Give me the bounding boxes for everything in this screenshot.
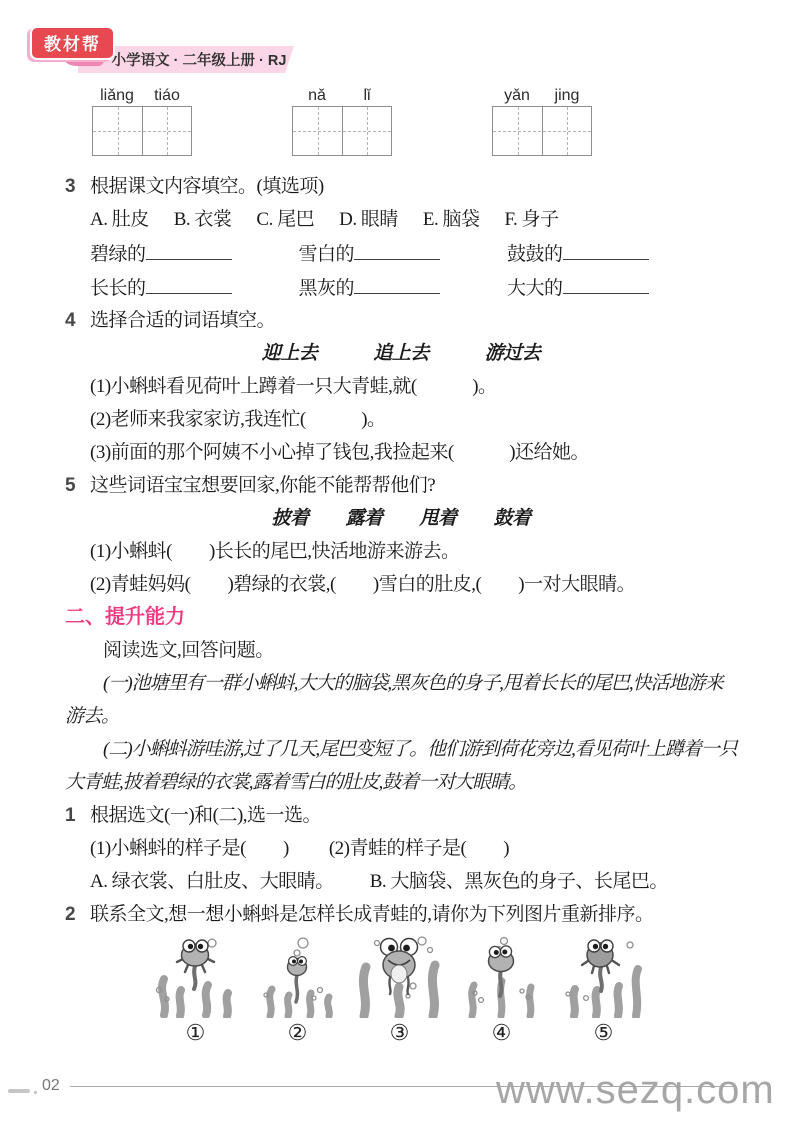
word-bank-item: 游过去: [485, 337, 541, 370]
blank-item: 长长的: [90, 270, 232, 304]
tadpole-with-legs-illustration: [148, 933, 243, 1018]
brand-badge-label: 教材帮: [44, 35, 101, 54]
figure-caption: ①: [148, 1020, 243, 1046]
figure-caption: ②: [250, 1020, 345, 1046]
pinyin-group-liangtiao: liǎng tiáo: [92, 85, 192, 156]
word-bank-item: 甩着: [420, 502, 457, 535]
answer-blank: [563, 236, 649, 260]
answer-blank: [146, 270, 232, 294]
page-content: liǎng tiáo nǎ lǐ yǎn jing: [65, 85, 737, 1046]
option-c: C. 尾巴: [256, 203, 314, 236]
question-4-item-3: (3)前面的那个阿姨不小心掉了钱包,我捡起来( )还给她。: [90, 436, 737, 469]
question-text: 根据课文内容填空。(填选项): [90, 170, 737, 203]
word-bank-item: 露着: [345, 502, 382, 535]
question-text: 联系全文,想一想小蝌蚪是怎样长成青蛙的,请你为下列图片重新排序。: [90, 898, 737, 931]
question-5-title: 5 这些词语宝宝想要回家,你能不能帮帮他们?: [65, 469, 737, 502]
word-bank-item: 披着: [271, 502, 308, 535]
pinyin-syllable: yǎn: [492, 85, 542, 106]
pinyin-group-yanjing: yǎn jing: [492, 85, 592, 156]
answer-blank: [146, 236, 232, 260]
pinyin-writing-exercise: liǎng tiáo nǎ lǐ yǎn jing: [65, 85, 737, 156]
writing-grid: [492, 106, 592, 156]
question-number: 4: [65, 304, 90, 337]
sub-question-1-title: 1 根据选文(一)和(二),选一选。: [65, 799, 737, 832]
question-text: 选择合适的词语填空。: [90, 304, 737, 337]
answer-blank: [354, 270, 440, 294]
question-4-word-bank: 迎上去 追上去 游过去: [65, 337, 737, 370]
sub-question-1-items: (1)小蝌蚪的样子是( ) (2)青蛙的样子是( ): [90, 832, 737, 865]
pinyin-syllable: nǎ: [292, 85, 342, 106]
writing-grid: [92, 106, 192, 156]
pinyin-labels: nǎ lǐ: [292, 85, 392, 106]
option-f: F. 身子: [504, 203, 558, 236]
option-b: B. 衣裳: [174, 203, 232, 236]
blank-item: 碧绿的: [90, 236, 232, 270]
young-tadpole-illustration: [250, 933, 345, 1018]
question-3-options: A. 肚皮 B. 衣裳 C. 尾巴 D. 眼睛 E. 脑袋 F. 身子: [90, 203, 737, 236]
reading-passage-1: (一)池塘里有一群小蝌蚪,大大的脑袋,黑灰色的身子,甩着长长的尾巴,快活地游来游…: [65, 667, 737, 733]
question-4-item-1: (1)小蝌蚪看见荷叶上蹲着一只大青蛙,就( )。: [90, 370, 737, 403]
page-number-dash: [8, 1089, 30, 1093]
question-3-title: 3 根据课文内容填空。(填选项): [65, 170, 737, 203]
question-text: 根据选文(一)和(二),选一选。: [90, 799, 737, 832]
pinyin-syllable: lǐ: [342, 85, 392, 106]
reading-instruction: 阅读选文,回答问题。: [65, 634, 737, 667]
froglet-with-tail-illustration: [556, 933, 651, 1018]
frog-growth-figure-strip: ① ②: [148, 933, 737, 1046]
figure-panel-5: ⑤: [556, 933, 651, 1046]
sub-question-2-title: 2 联系全文,想一想小蝌蚪是怎样长成青蛙的,请你为下列图片重新排序。: [65, 898, 737, 931]
pinyin-labels: liǎng tiáo: [92, 85, 192, 106]
page-number: 02: [42, 1077, 60, 1095]
word-bank-item: 迎上去: [262, 337, 318, 370]
pinyin-labels: yǎn jing: [492, 85, 592, 106]
figure-panel-2: ②: [250, 933, 345, 1046]
blank-item: 雪白的: [299, 236, 441, 270]
pinyin-syllable: jing: [542, 85, 592, 106]
option-e: E. 脑袋: [423, 203, 480, 236]
pinyin-syllable: liǎng: [92, 85, 142, 106]
word-bank-item: 鼓着: [494, 502, 531, 535]
watermark: www.sezq.com: [496, 1068, 775, 1113]
figure-caption: ③: [352, 1020, 447, 1046]
blank-item: 鼓鼓的: [507, 236, 649, 270]
option-a: A. 肚皮: [90, 203, 149, 236]
brand-badge: 教材帮: [30, 26, 115, 60]
blank-item: 大大的: [507, 270, 649, 304]
figure-panel-3: ③: [352, 933, 447, 1046]
workbook-page: 小学语文 · 二年级上册 · RJ 教材帮 liǎng tiáo nǎ lǐ: [0, 0, 800, 1131]
question-3-blanks-row1: 碧绿的 雪白的 鼓鼓的: [90, 236, 737, 270]
edition-banner-label: 小学语文 · 二年级上册 · RJ: [112, 49, 287, 70]
question-number: 3: [65, 170, 90, 203]
question-text: 这些词语宝宝想要回家,你能不能帮帮他们?: [90, 469, 737, 502]
answer-blank: [354, 236, 440, 260]
question-5-item-1: (1)小蝌蚪( )长长的尾巴,快活地游来游去。: [90, 535, 737, 568]
figure-panel-4: ④: [454, 933, 549, 1046]
growing-tadpole-illustration: [454, 933, 549, 1018]
choice-a: A. 绿衣裳、白肚皮、大眼睛。: [90, 865, 334, 898]
section-2-heading: 二、提升能力: [65, 601, 737, 634]
sq1-item-2: (2)青蛙的样子是( ): [329, 832, 509, 865]
choice-b: B. 大脑袋、黑灰色的身子、长尾巴。: [370, 865, 668, 898]
figure-caption: ④: [454, 1020, 549, 1046]
question-3-blanks-row2: 长长的 黑灰的 大大的: [90, 270, 737, 304]
page-number-dot: [34, 1091, 37, 1094]
writing-grid: [292, 106, 392, 156]
adult-frog-illustration: [352, 933, 447, 1018]
answer-blank: [563, 270, 649, 294]
pinyin-syllable: tiáo: [142, 85, 192, 106]
question-5-item-2: (2)青蛙妈妈( )碧绿的衣裳,( )雪白的肚皮,( )一对大眼睛。: [90, 568, 737, 601]
sub-question-1-choices: A. 绿衣裳、白肚皮、大眼睛。 B. 大脑袋、黑灰色的身子、长尾巴。: [90, 865, 737, 898]
blank-item: 黑灰的: [299, 270, 441, 304]
question-number: 1: [65, 799, 90, 832]
question-5-word-bank: 披着 露着 甩着 鼓着: [65, 502, 737, 535]
pinyin-group-nali: nǎ lǐ: [292, 85, 392, 156]
question-number: 2: [65, 898, 90, 931]
question-number: 5: [65, 469, 90, 502]
figure-caption: ⑤: [556, 1020, 651, 1046]
question-4-title: 4 选择合适的词语填空。: [65, 304, 737, 337]
option-d: D. 眼睛: [339, 203, 398, 236]
figure-panel-1: ①: [148, 933, 243, 1046]
sq1-item-1: (1)小蝌蚪的样子是( ): [90, 832, 289, 865]
question-4-item-2: (2)老师来我家家访,我连忙( )。: [90, 403, 737, 436]
reading-passage-2: (二)小蝌蚪游哇游,过了几天,尾巴变短了。他们游到荷花旁边,看见荷叶上蹲着一只大…: [65, 733, 737, 799]
word-bank-item: 追上去: [373, 337, 429, 370]
